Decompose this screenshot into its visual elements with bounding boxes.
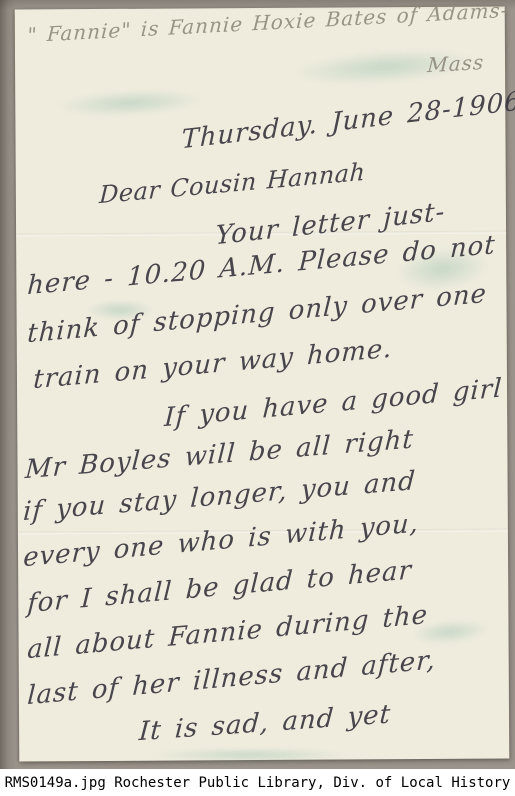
pencil-annotation-line2: Mass — [427, 51, 485, 76]
caption-text: RMS0149a.jpg Rochester Public Library, D… — [5, 775, 511, 791]
scanned-letter-image: " Fannie" is Fannie Hoxie Bates of Adams… — [0, 0, 515, 796]
caption-bar: RMS0149a.jpg Rochester Public Library, D… — [0, 769, 515, 796]
